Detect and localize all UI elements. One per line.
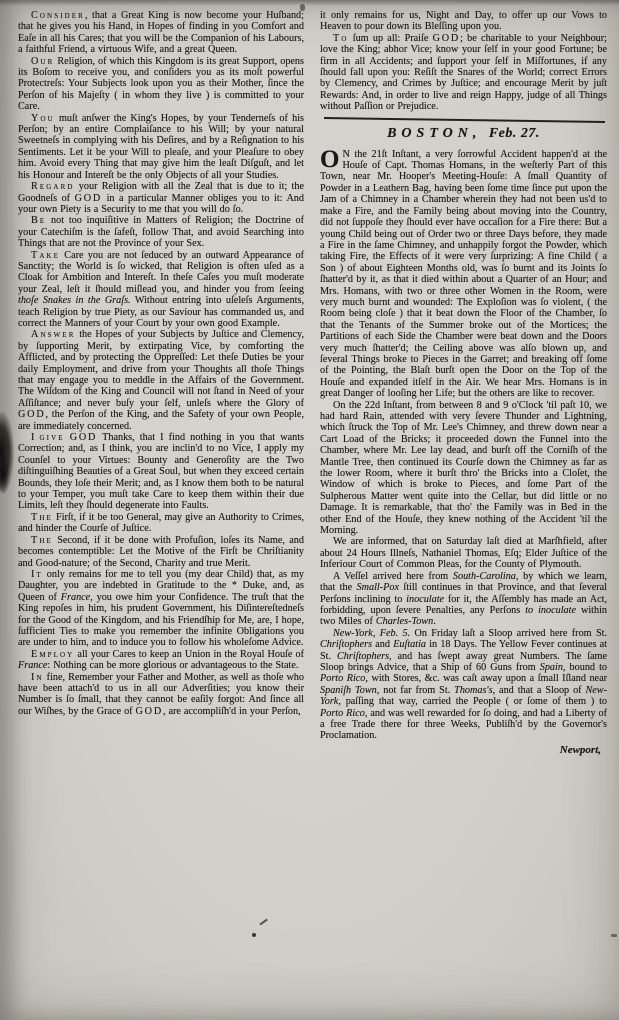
text-run: give	[40, 432, 65, 443]
text-run: The	[31, 512, 53, 523]
text-run: muſt anſwer the King's Hopes, by your Te…	[18, 113, 304, 181]
scan-edge-shadow	[0, 0, 619, 6]
text-run: and	[372, 639, 393, 650]
text-run: , not far from St.	[377, 685, 454, 696]
text-run: thoſe Snakes in the Graſs.	[18, 295, 131, 306]
text-run: France	[61, 592, 90, 603]
dateline-date: Feb. 27.	[489, 126, 540, 141]
scan-stain	[0, 455, 10, 495]
left-column: Consider, that a Great King is now becom…	[18, 10, 304, 717]
drop-cap: O	[320, 149, 342, 171]
paragraph: The Second, if it be done with Profuſion…	[18, 535, 304, 569]
text-run: On the 22d Inſtant, from between 8 and 9…	[320, 400, 607, 536]
paragraph: Consider, that a Great King is now becom…	[18, 10, 304, 56]
paragraph: On the 22d Inſtant, from between 8 and 9…	[320, 400, 607, 537]
text-run: , paſſing that way, carried the People (…	[338, 696, 607, 707]
text-run: , the Perſon of the King, and the Safety…	[18, 409, 304, 431]
boston-news-text: ON the 21ſt Inſtant, a very ſorrowful Ac…	[320, 149, 607, 742]
text-run: .	[433, 616, 436, 627]
text-run: Firſt, if it be too General, may give an…	[18, 512, 304, 534]
paragraph: The Firſt, if it be too General, may giv…	[18, 512, 304, 535]
scan-stain	[0, 412, 14, 494]
text-run: to inoculate	[525, 605, 576, 616]
scan-speck	[252, 933, 256, 937]
paragraph: I give GOD Thanks, that I find nothing i…	[18, 432, 304, 512]
column-continuation-text: it only remains for us, Night and Day, t…	[320, 10, 607, 113]
text-run: New-York, Feb. 5.	[333, 628, 410, 639]
paragraph: Answer the Hopes of your Subjects by Juſ…	[18, 329, 304, 432]
paragraph: New-York, Feb. 5. On Friday laſt a Sloop…	[320, 628, 607, 742]
text-run: GOD	[136, 706, 163, 717]
text-run: Charles-Town	[376, 616, 433, 627]
text-run: The	[31, 535, 53, 546]
section-divider-rule	[324, 117, 605, 123]
text-run: It	[31, 569, 43, 580]
text-run: inoculate	[406, 594, 444, 605]
paragraph: Take Care you are not ſeduced by an outw…	[18, 250, 304, 330]
paragraph: Be not too inquiſitive in Matters of Rel…	[18, 215, 304, 249]
scan-speck	[259, 919, 267, 925]
text-run: Porto Rico	[320, 708, 365, 719]
paragraph: it only remains for us, Night and Day, t…	[320, 10, 607, 33]
text-run: Regard	[31, 181, 75, 192]
text-run: , with Stores, &c. was caſt away upon a …	[365, 673, 607, 684]
text-run: We are informed, that on Saturday laſt d…	[320, 536, 607, 570]
text-run: , are accompliſh'd in your Perſon,	[163, 706, 301, 717]
text-run: N the 21ſt Inſtant, a very ſorrowful Acc…	[320, 149, 607, 400]
text-run: Be	[31, 215, 46, 226]
text-run: Spain	[540, 662, 563, 673]
text-run: Thanks, that I find nothing in you that …	[18, 432, 304, 511]
paragraph: We are informed, that on Saturday laſt d…	[320, 536, 607, 570]
text-run: Answer	[31, 329, 75, 340]
text-run: Employ	[31, 649, 74, 660]
paragraph: To ſum up all: Praiſe GOD; be charitable…	[320, 33, 607, 113]
scan-speck	[611, 934, 617, 937]
text-run: GOD	[75, 193, 102, 204]
text-run: ; be charitable to your Neighbour; love …	[320, 33, 607, 112]
text-run: Porto Rico	[320, 673, 365, 684]
text-run: South-Carolina	[453, 571, 516, 582]
text-run: Second, if it be done with Profuſion, lo…	[18, 535, 304, 569]
text-run: Religion, of which this Kingdom is its g…	[18, 56, 304, 113]
text-run: all your Cares to keep an Union in the R…	[74, 649, 304, 660]
text-run: Our	[31, 56, 54, 67]
text-run: Chriſtophers	[337, 651, 389, 662]
text-run: , bound to	[563, 662, 607, 673]
text-run: the Hopes of your Subjects by Juſtice an…	[18, 329, 304, 408]
text-run: : Nothing can be more glorious or advant…	[47, 660, 298, 671]
text-run: On Friday laſt a Sloop arrived here from…	[410, 628, 607, 639]
dateline-place: BOSTON,	[387, 126, 481, 141]
paragraph: You muſt anſwer the King's Hopes, by you…	[18, 113, 304, 181]
paragraph: In fine, Remember your Father and Mother…	[18, 672, 304, 718]
dateline-heading: BOSTON, Feb. 27.	[320, 126, 607, 142]
text-run: , and that a Sloop of	[493, 685, 586, 696]
text-run: Small-Pox	[357, 582, 399, 593]
newspaper-page: Consider, that a Great King is now becom…	[0, 0, 619, 1020]
text-run: GOD	[70, 432, 97, 443]
text-run: In	[31, 672, 44, 683]
text-run: Spaniſh Town	[320, 685, 377, 696]
text-run: GOD	[433, 33, 460, 44]
text-run: I	[31, 432, 40, 443]
text-run: France	[18, 660, 47, 671]
text-run: GOD	[18, 409, 45, 420]
text-run: A Veſſel arrived here from	[333, 571, 453, 582]
paragraph: Employ all your Cares to keep an Union i…	[18, 649, 304, 672]
text-run: Chriſtophers	[320, 639, 372, 650]
paragraph: It only remains for me to tell you (my d…	[18, 569, 304, 649]
paragraph: ON the 21ſt Inſtant, a very ſorrowful Ac…	[320, 149, 607, 400]
signoff-newport: Newport,	[320, 744, 601, 756]
text-run: ſum up all: Praiſe	[348, 33, 432, 44]
paragraph: Our Religion, of which this Kingdom is i…	[18, 56, 304, 113]
text-run: You	[31, 113, 55, 124]
right-column: it only remains for us, Night and Day, t…	[320, 10, 607, 756]
text-run: it only remains for us, Night and Day, t…	[320, 10, 607, 32]
text-run: Care you are not ſeduced by an outward A…	[18, 250, 304, 295]
text-run: Consider	[31, 10, 85, 21]
paragraph: Regard your Religion with all the Zeal t…	[18, 181, 304, 215]
text-run: not too inquiſitive in Matters of Religi…	[18, 215, 304, 249]
text-run: To	[333, 33, 348, 44]
text-run: Take	[31, 250, 60, 261]
text-run: Thomas's	[454, 685, 492, 696]
text-run: Euſtatia	[393, 639, 426, 650]
paragraph: A Veſſel arrived here from South-Carolin…	[320, 571, 607, 628]
